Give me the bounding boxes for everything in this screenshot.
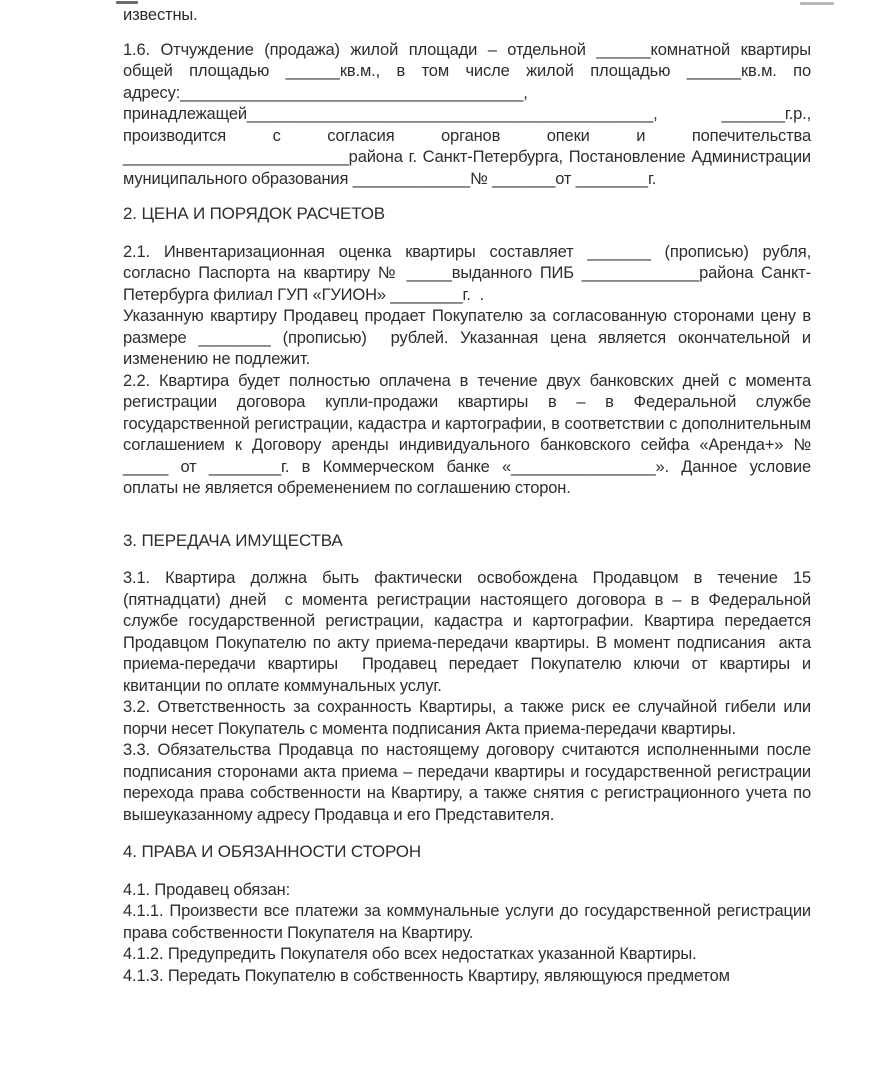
clause-1-6: 1.6. Отчуждение (продажа) жилой площади … — [123, 40, 811, 191]
clause-4-1-1: 4.1.1. Произвести все платежи за коммуна… — [123, 901, 811, 944]
cropped-text-remnant-left — [116, 1, 138, 4]
clause-1-5-continuation: известны. — [123, 5, 811, 27]
clause-3-3: 3.3. Обязательства Продавца по настоящем… — [123, 740, 811, 826]
clause-3-1: 3.1. Квартира должна быть фактически осв… — [123, 568, 811, 697]
document-text-column: известны. 1.6. Отчуждение (продажа) жило… — [123, 5, 811, 987]
clause-2-2: 2.2. Квартира будет полностью оплачена в… — [123, 371, 811, 500]
clause-2-1: 2.1. Инвентаризационная оценка квартиры … — [123, 242, 811, 307]
section-heading-rights-and-obligations: 4. ПРАВА И ОБЯЗАННОСТИ СТОРОН — [123, 841, 811, 863]
clause-4-1-3: 4.1.3. Передать Покупателю в собственнос… — [123, 966, 811, 988]
section-heading-property-transfer: 3. ПЕРЕДАЧА ИМУЩЕСТВА — [123, 530, 811, 552]
clause-4-1: 4.1. Продавец обязан: — [123, 880, 811, 902]
section-heading-price-and-payments: 2. ЦЕНА И ПОРЯДОК РАСЧЕТОВ — [123, 203, 811, 225]
clause-4-1-2: 4.1.2. Предупредить Покупателя обо всех … — [123, 944, 811, 966]
clause-2-1-continuation: Указанную квартиру Продавец продает Поку… — [123, 306, 811, 371]
contract-document-page: известны. 1.6. Отчуждение (продажа) жило… — [0, 0, 870, 1067]
clause-3-2: 3.2. Ответственность за сохранность Квар… — [123, 697, 811, 740]
